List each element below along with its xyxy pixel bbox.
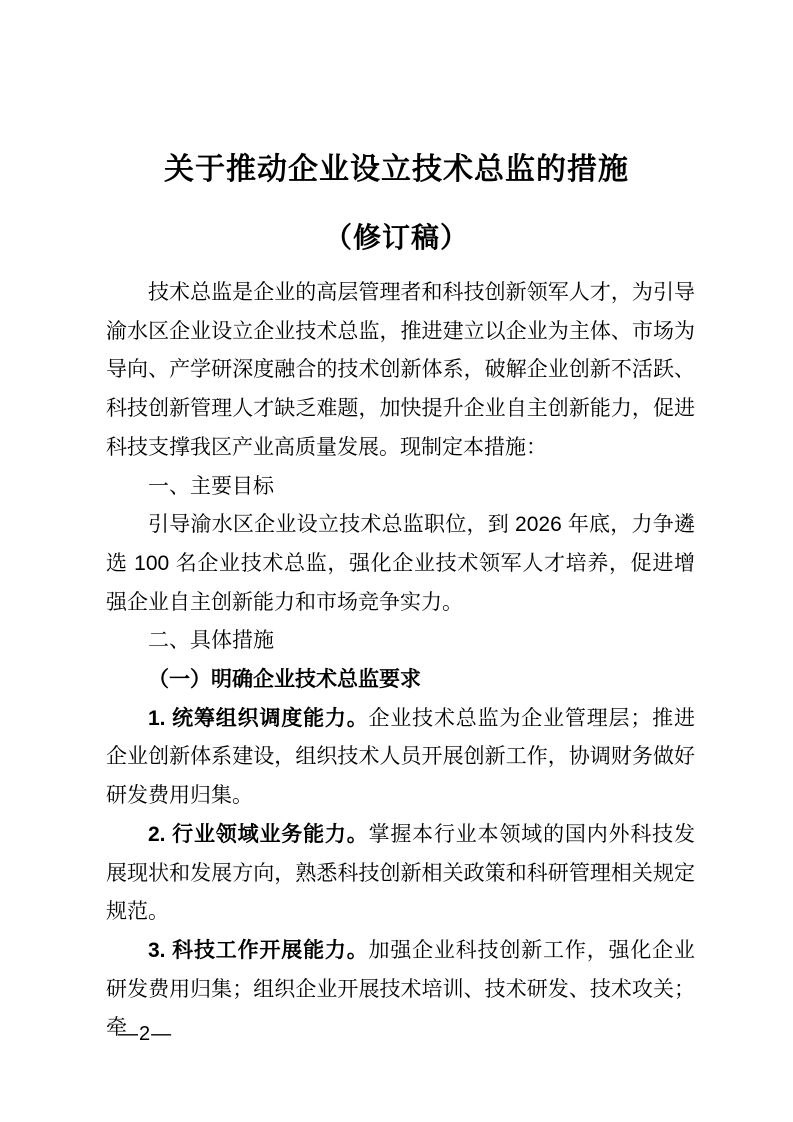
page-number: —2—	[118, 1022, 172, 1046]
paragraph-item-1: 1. 统筹组织调度能力。企业技术总监为企业管理层；推进企业创新体系建设，组织技术…	[106, 700, 695, 816]
document-body: 技术总监是企业的高层管理者和科技创新领军人才，为引导渝水区企业设立企业技术总监，…	[0, 274, 793, 1048]
section-heading-specific-measures: 二、具体措施	[106, 622, 695, 661]
paragraph-item-3: 3. 科技工作开展能力。加强企业科技创新工作，强化企业研发费用归集；组织企业开展…	[106, 932, 695, 1048]
section-heading-main-goals: 一、主要目标	[106, 468, 695, 507]
document-page: 关于推动企业设立技术总监的措施 （修订稿） 技术总监是企业的高层管理者和科技创新…	[0, 0, 793, 1122]
item-3-lead: 3. 科技工作开展能力。	[148, 939, 369, 962]
item-2-lead: 2. 行业领域业务能力。	[148, 823, 369, 846]
paragraph-goals: 引导渝水区企业设立技术总监职位，到 2026 年底，力争遴选 100 名企业技术…	[106, 506, 695, 622]
document-title: 关于推动企业设立技术总监的措施	[0, 0, 793, 190]
document-subtitle: （修订稿）	[0, 218, 793, 258]
paragraph-item-2: 2. 行业领域业务能力。掌握本行业本领域的国内外科技发展现状和发展方向，熟悉科技…	[106, 816, 695, 932]
subsection-heading-requirements: （一）明确企业技术总监要求	[106, 661, 695, 700]
paragraph-intro: 技术总监是企业的高层管理者和科技创新领军人才，为引导渝水区企业设立企业技术总监，…	[106, 274, 695, 468]
item-1-lead: 1. 统筹组织调度能力。	[148, 707, 369, 730]
